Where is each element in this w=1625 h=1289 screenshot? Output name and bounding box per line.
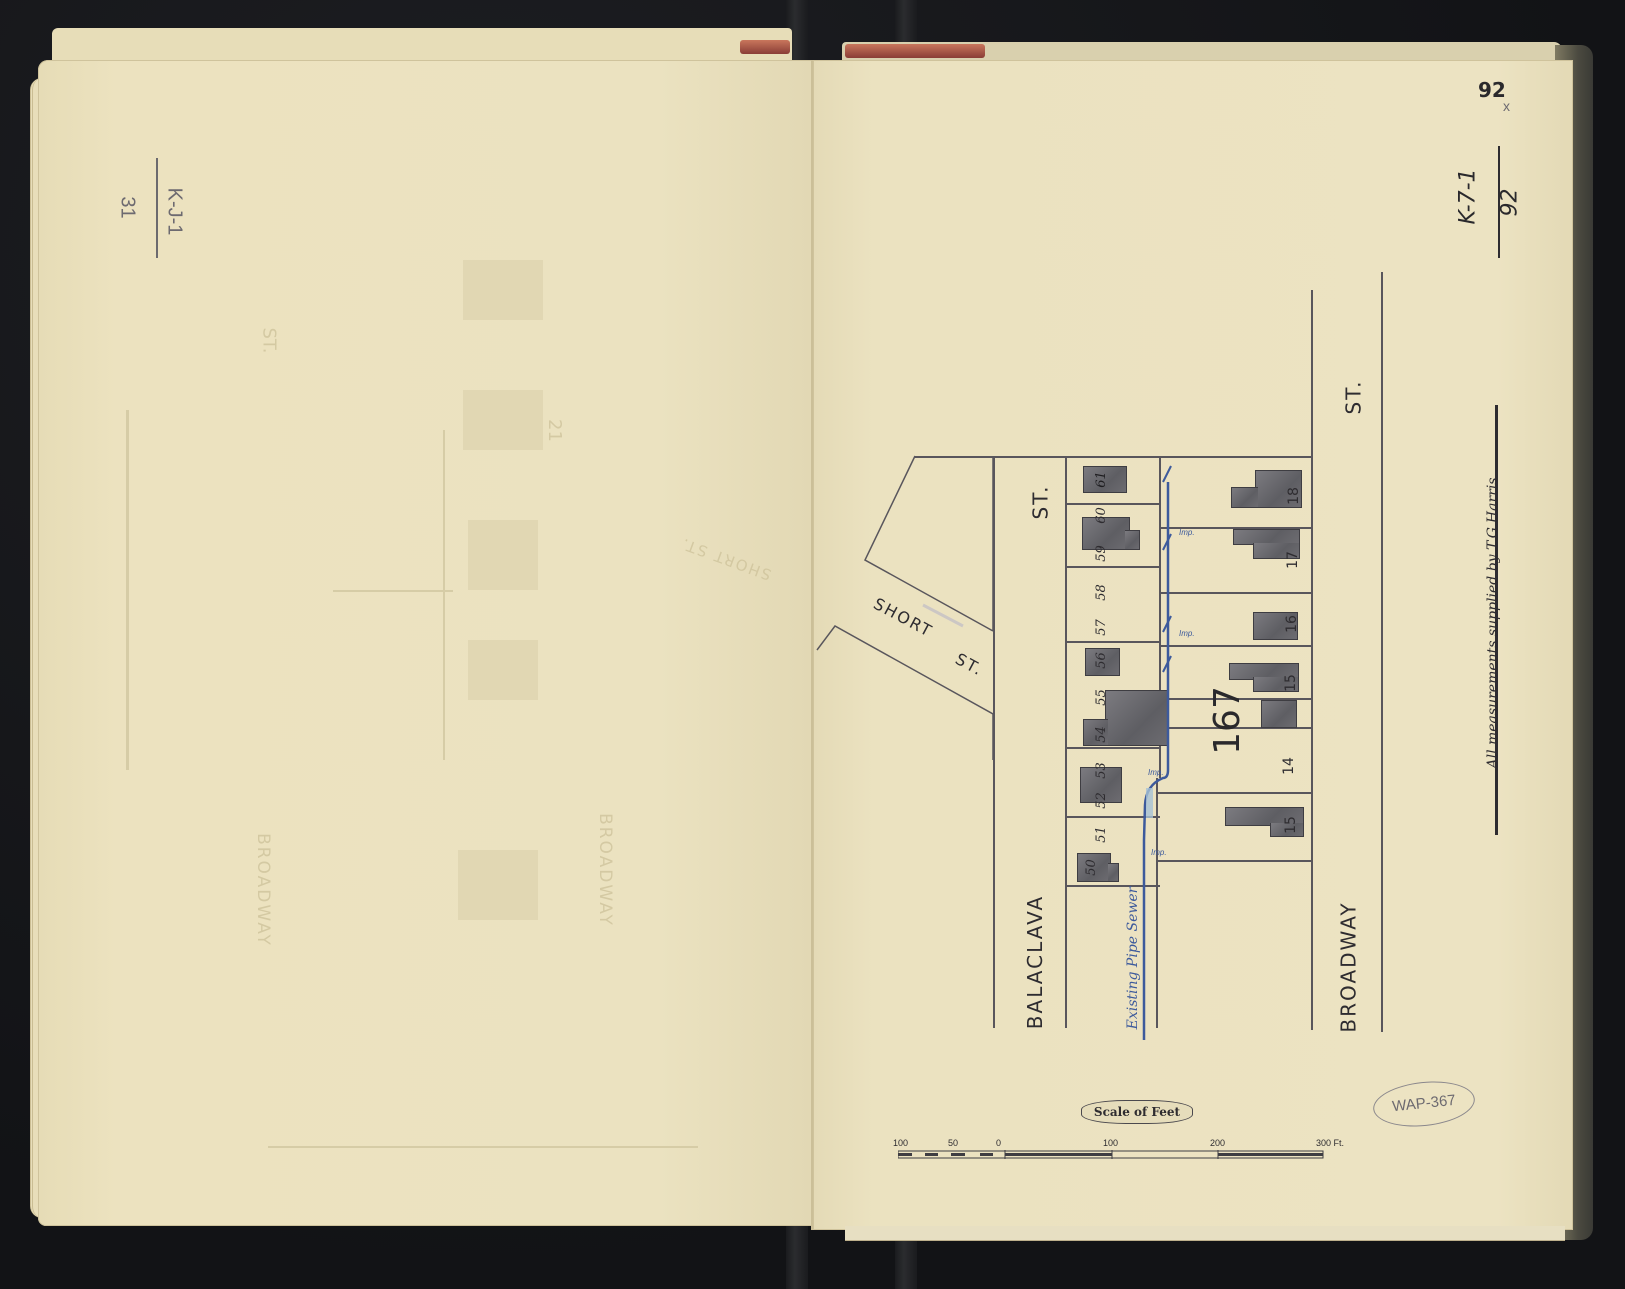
scale-tick: 300 Ft. [1316,1138,1344,1148]
left-sheet-number: 31 [116,196,139,218]
bleed-building [458,850,538,920]
measurement-credit: All measurements supplied by T.G.Harris [1485,413,1501,833]
building [1231,487,1258,508]
lot-number: 51 [1094,826,1109,843]
sewer-label: Existing Pipe Sewer [1125,878,1141,1038]
bleed-line [333,590,453,592]
bleed-label: BROADWAY [595,813,615,927]
scale-tick: 100 [893,1138,908,1148]
street-label-broadway: BROADWAY [1337,901,1361,1032]
archive-stamp: WAP-367 [1371,1077,1477,1131]
lot-number: 55 [1094,689,1109,706]
sewer-annotation: Imp. [1179,528,1195,537]
page-bottom-edge [845,1226,1565,1241]
scale-tick: 100 [1103,1138,1118,1148]
scale-tick: 200 [1210,1138,1225,1148]
sewer-annotation: Imp. [1148,768,1164,777]
bleed-line [443,430,445,760]
lot-number: 57 [1094,619,1109,636]
right-page: 92 x K-7-1 92 All measurements supplied … [813,60,1573,1230]
lot-number: 14 [1281,757,1297,775]
lot-number: 59 [1094,545,1109,562]
street-line-broadway-west [1311,290,1313,1030]
scale-tick: 0 [996,1138,1001,1148]
lot-number: 15 [1283,674,1299,692]
scale-title: Scale of Feet [1081,1100,1193,1124]
binding-strip [740,40,790,54]
bleed-label: 21 [544,419,565,442]
right-sheet-label: K-7-1 92 [1468,140,1528,290]
lot-number: 53 [1094,762,1109,779]
building [1261,700,1297,728]
bleed-building [468,640,538,700]
bleed-label: BROADWAY [253,833,273,947]
street-label-balaclava: BALACLAVA [1023,895,1047,1029]
lot-number: 60 [1094,507,1109,524]
bleed-building [468,520,538,590]
scale-tick: 50 [948,1138,958,1148]
page-number: 92 [1478,78,1506,102]
lot-number: 18 [1286,487,1302,505]
sheet-number: 92 [1498,189,1523,217]
lot-number: 54 [1094,726,1109,743]
sheet-code: K-7-1 [1456,168,1481,224]
lot-number: 17 [1285,551,1301,569]
bleed-label: ST. [259,327,280,353]
lot-number: 58 [1094,584,1109,601]
bleed-scale [268,1146,698,1148]
street-label-broadway-st: ST. [1341,380,1365,415]
scale-bar: 100 50 0 100 200 300 Ft. [893,1138,1333,1168]
lot-number: 50 [1084,859,1099,876]
fraction-line [156,158,158,258]
bleed-line [126,410,129,770]
street-line-broadway-east [1381,272,1383,1032]
bleed-label: SHORT ST. [678,534,774,584]
left-page: 31 K-J-1 ST. 21 BROADWAY BROADWAY SHORT … [38,60,813,1226]
sewer-annotation: Imp. [1151,848,1167,857]
lot-number: 56 [1094,652,1109,669]
left-sheet-label: 31 K-J-1 [118,148,198,288]
scale-bar-graphic [898,1150,1328,1160]
binding-strip [845,44,985,58]
bleed-building [463,260,543,320]
page-mark: x [1503,98,1510,114]
left-sheet-code: K-J-1 [162,188,185,236]
lot-number: 61 [1094,471,1109,488]
bleed-building [463,390,543,450]
lot-number: 15 [1283,816,1299,834]
lot-number: 52 [1094,792,1109,809]
sewer-annotation: Imp. [1179,629,1195,638]
street-label-balaclava-st: ST. [1028,485,1052,520]
lot-number: 16 [1284,615,1300,633]
